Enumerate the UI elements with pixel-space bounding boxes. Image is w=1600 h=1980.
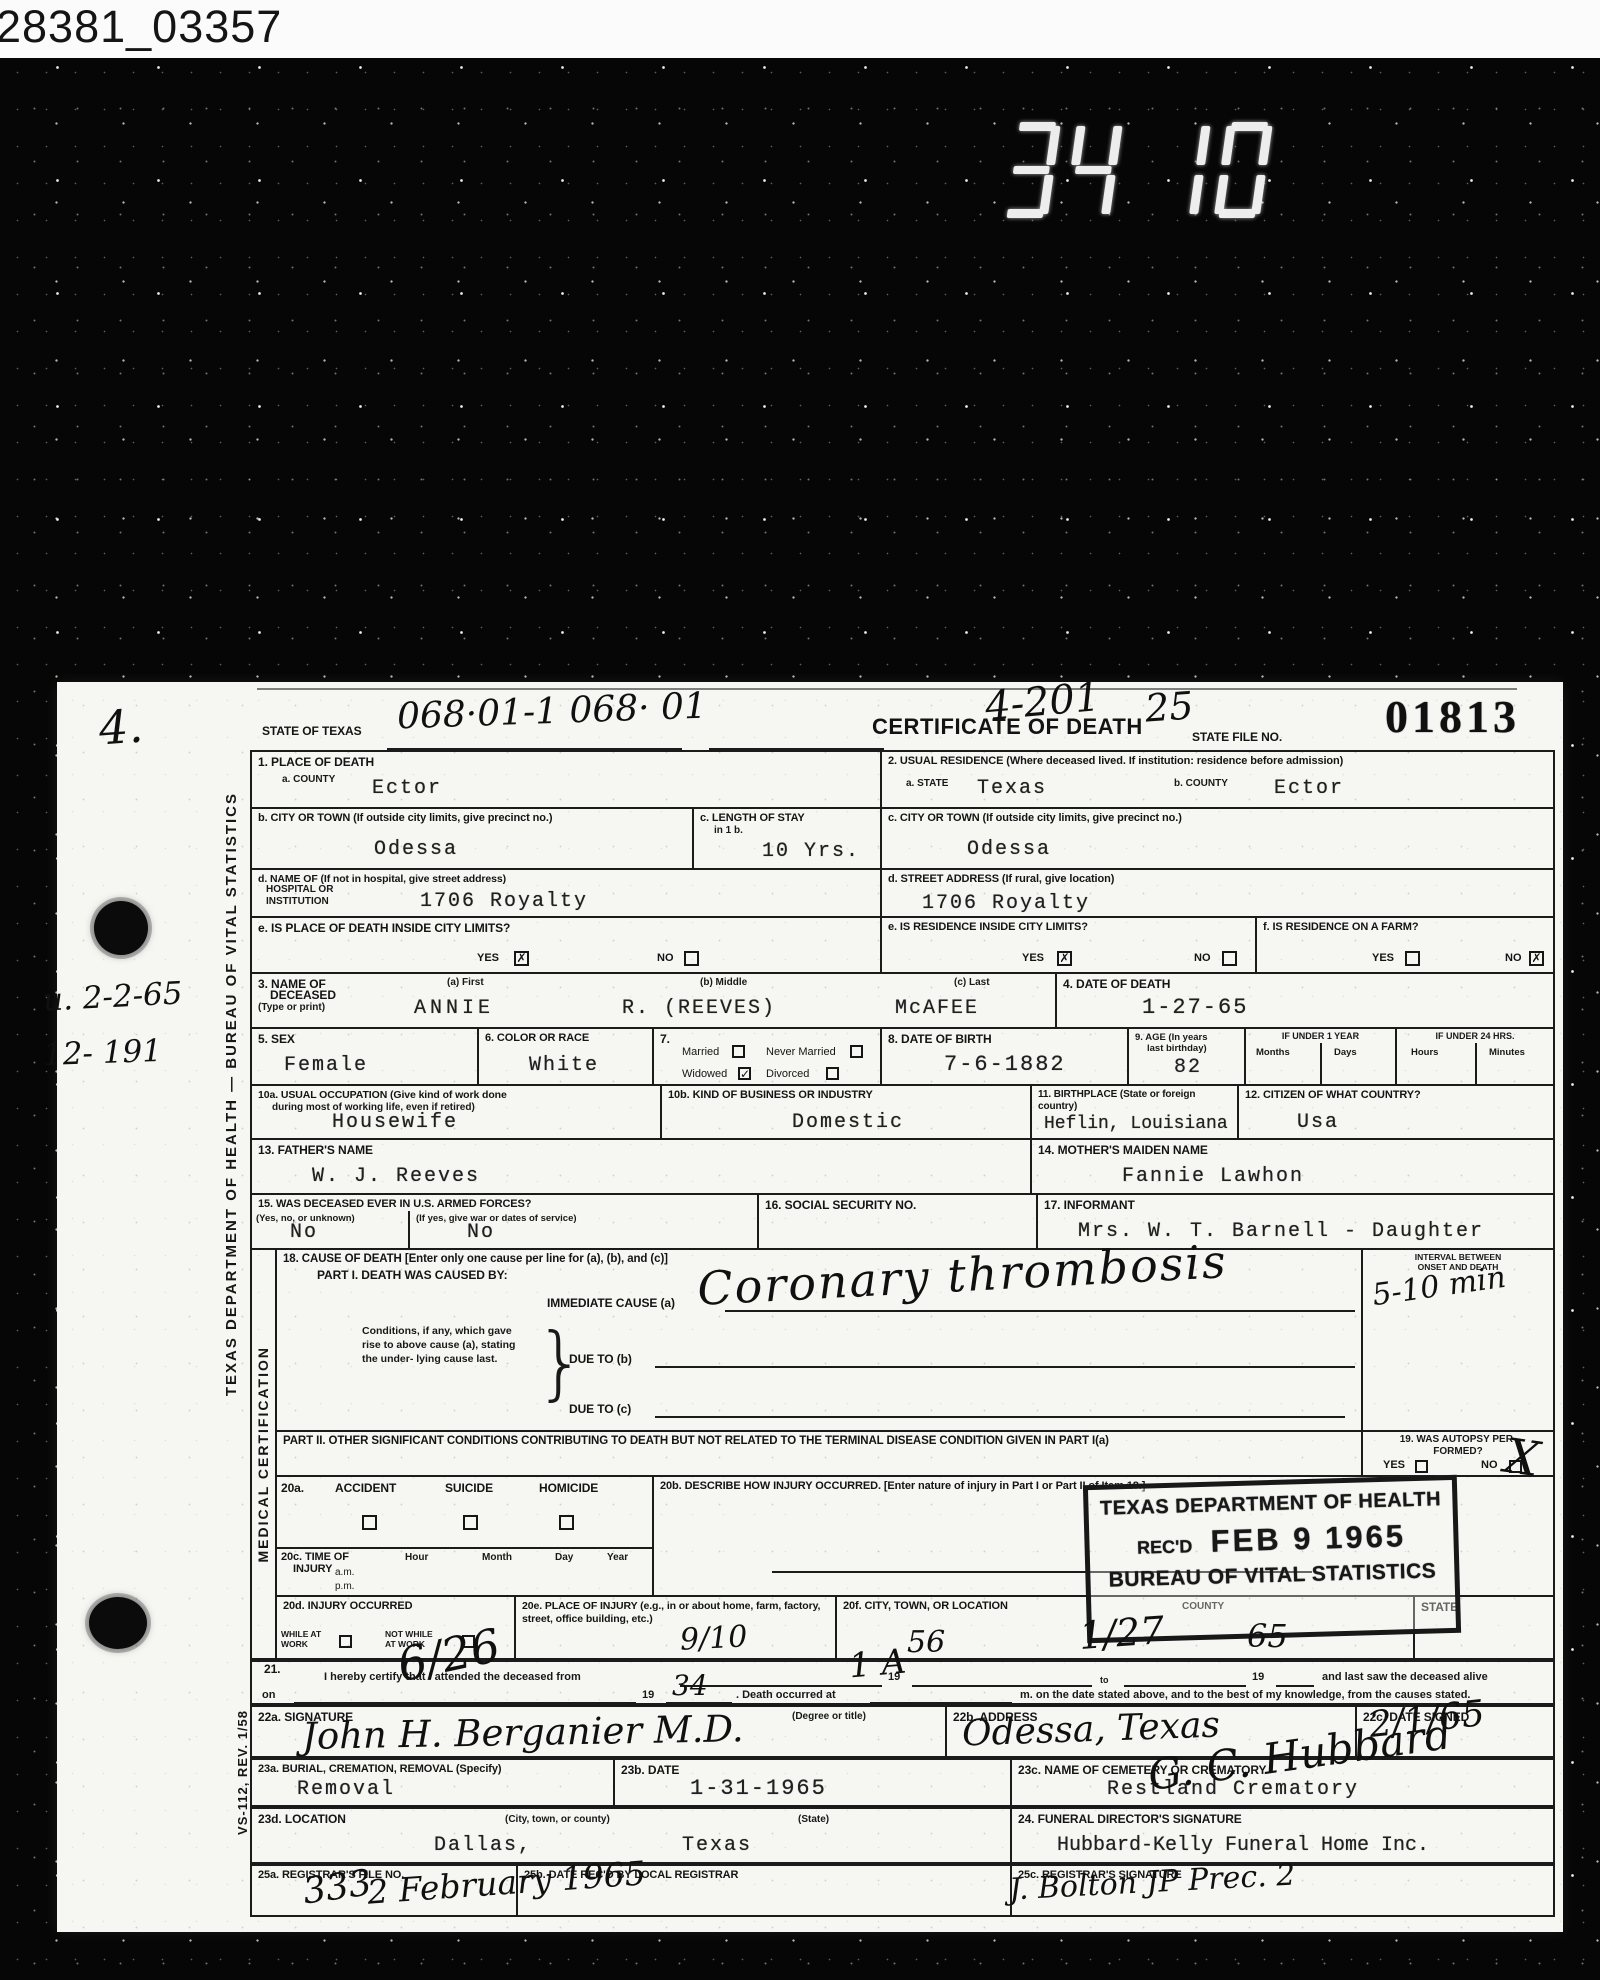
state-file-number: 01813 [1385, 690, 1520, 743]
divorced-checkbox [826, 1067, 839, 1080]
name-label-3: (Type or print) [258, 1002, 325, 1014]
21-label: 21. [264, 1662, 280, 1676]
20e-label: 20e. PLACE OF INJURY (e.g., in or about … [522, 1600, 822, 1625]
field-name-of-deceased: 3. NAME OF DECEASED (Type or print) (a) … [250, 972, 1057, 1029]
rule-line [1475, 1043, 1477, 1084]
interval-label-1: INTERVAL BETWEEN [1365, 1252, 1551, 1262]
death-occurred-label: . Death occurred at [736, 1689, 836, 1702]
length-of-stay-label: c. LENGTH OF STAY [700, 812, 874, 825]
res-county-label: b. COUNTY [1174, 778, 1228, 790]
rule-line [257, 688, 1517, 690]
homicide-checkbox [559, 1515, 574, 1530]
handwritten-file-code: 4-201 [983, 677, 1101, 727]
no-checkbox: ✗ [1529, 951, 1544, 966]
on-label: on [262, 1689, 275, 1702]
immediate-cause-label: IMMEDIATE CAUSE (a) [547, 1296, 675, 1310]
field-age: 9. AGE (In years last birthday) 82 [1127, 1027, 1246, 1086]
field-length-of-stay: c. LENGTH OF STAY in 1 b. 10 Yrs. [692, 807, 882, 870]
occupation-label-2: during most of working life, even if ret… [272, 1102, 654, 1114]
father-label: 13. FATHER'S NAME [258, 1143, 1024, 1157]
street-address-value: 1706 Royalty [922, 894, 1090, 914]
ssn-label: 16. SOCIAL SECURITY NO. [765, 1198, 1030, 1212]
stamp-recd-label: REC'D [1137, 1536, 1193, 1558]
field-hospital: d. NAME OF (If not in hospital, give str… [250, 868, 882, 918]
rule-line [1276, 1685, 1314, 1687]
yes-label: YES [1372, 953, 1394, 964]
business-value: Domestic [792, 1113, 904, 1133]
county-label: a. COUNTY [282, 774, 335, 786]
stamp-line-1: TEXAS DEPARTMENT OF HEALTH [1088, 1488, 1453, 1521]
widowed-label: Widowed [682, 1069, 727, 1080]
age-value: 82 [1174, 1058, 1202, 1078]
divorced-label: Divorced [766, 1069, 809, 1080]
rule-line [655, 1366, 1355, 1368]
handwritten-year-from: 56 [907, 1628, 945, 1658]
field-burial-date: 23b. DATE 1-31-1965 [613, 1758, 1012, 1807]
dob-value: 7-6-1882 [944, 1054, 1066, 1076]
state-file-no-label: STATE FILE NO. [1192, 730, 1282, 744]
hour-label: Hour [405, 1552, 428, 1564]
occupation-label-1: 10a. USUAL OCCUPATION (Give kind of work… [258, 1089, 654, 1102]
res-city-limits-label: e. IS RESIDENCE INSIDE CITY LIMITS? [888, 921, 1249, 934]
armed-forces-sub2: (If yes, give war or dates of service) [416, 1213, 577, 1224]
certificate-sheet: 4. u. 2-2-65 12- 191 TEXAS DEPARTMENT OF… [57, 682, 1563, 1932]
margin-note-date: u. 2-2-65 [42, 978, 183, 1016]
res-city-value: Odessa [967, 840, 1051, 860]
farm-label: f. IS RESIDENCE ON A FARM? [1263, 921, 1547, 934]
married-checkbox [732, 1045, 745, 1058]
place-of-death-label: 1. PLACE OF DEATH [258, 755, 874, 769]
hole-punch [89, 1597, 147, 1649]
age-label-1: 9. AGE (In years [1135, 1032, 1238, 1043]
under-24-hrs-label: IF UNDER 24 HRS. [1399, 1031, 1551, 1042]
armed-forces-value1: No [290, 1223, 318, 1243]
suicide-label: SUICIDE [445, 1481, 493, 1495]
burial-value: Removal [297, 1780, 395, 1800]
field-funeral-director: 24. FUNERAL DIRECTOR'S SIGNATURE Hubbard… [1010, 1807, 1555, 1864]
20c-label-2: INJURY [293, 1563, 332, 1576]
sex-value: Female [284, 1056, 368, 1076]
name-label-1: 3. NAME OF [258, 977, 1049, 991]
location-label: 23d. LOCATION [258, 1812, 346, 1826]
funeral-director-label: 24. FUNERAL DIRECTOR'S SIGNATURE [1018, 1812, 1547, 1826]
field-business-industry: 10b. KIND OF BUSINESS OR INDUSTRY Domest… [660, 1084, 1032, 1140]
field-citizen: 12. CITIZEN OF WHAT COUNTRY? Usa [1237, 1084, 1555, 1140]
field-usual-occupation: 10a. USUAL OCCUPATION (Give kind of work… [250, 1084, 662, 1140]
field-color-or-race: 6. COLOR OR RACE White [477, 1027, 654, 1086]
yes-checkbox: ✗ [514, 951, 529, 966]
hospital-label-2: HOSPITAL OR [266, 884, 333, 896]
hours-label: Hours [1411, 1047, 1438, 1058]
informant-label: 17. INFORMANT [1044, 1198, 1547, 1212]
rule-line [666, 1702, 732, 1704]
res-state-label: a. STATE [906, 778, 948, 790]
dob-label: 8. DATE OF BIRTH [888, 1032, 1121, 1046]
under-1-year-label: IF UNDER 1 YEAR [1248, 1031, 1393, 1042]
armed-forces-value2: No [467, 1223, 495, 1243]
margin-note-number: 12- 191 [42, 1036, 162, 1071]
handwritten-on-year: 34 [672, 1672, 708, 1700]
location-sub2: (State) [798, 1814, 829, 1826]
field-burial-type: 23a. BURIAL, CREMATION, REMOVAL (Specify… [250, 1758, 615, 1807]
field-res-city-or-town: c. CITY OR TOWN (If outside city limits,… [880, 807, 1555, 870]
field-mothers-maiden-name: 14. MOTHER'S MAIDEN NAME Fannie Lawhon [1030, 1138, 1555, 1195]
handwritten-attended-from: 9/10 [679, 1622, 748, 1655]
while-at-work-label-2: WORK [281, 1639, 308, 1649]
hospital-label-3: INSTITUTION [266, 896, 329, 908]
field-if-under-1-year: IF UNDER 1 YEAR Months Days [1244, 1027, 1397, 1086]
yes-checkbox [1415, 1460, 1428, 1473]
part2-label: PART II. OTHER SIGNIFICANT CONDITIONS CO… [283, 1435, 1355, 1449]
rule-line [1124, 1685, 1246, 1687]
occupation-value: Housewife [332, 1113, 458, 1133]
handwritten-autopsy-no-mark: X [1502, 1432, 1543, 1484]
yes-label: YES [1022, 953, 1044, 964]
certify-text-2: and last saw the deceased alive [1322, 1671, 1488, 1684]
rule-line [870, 1702, 1012, 1704]
physician-signature: John H. Berganier M.D. [302, 1710, 744, 1755]
burial-label: 23a. BURIAL, CREMATION, REMOVAL (Specify… [258, 1763, 607, 1776]
side-label-form-number-text: VS-112, REV. 1/58 [235, 1710, 250, 1835]
business-label: 10b. KIND OF BUSINESS OR INDUSTRY [668, 1089, 1024, 1102]
rule-line [294, 1702, 636, 1704]
handwritten-attended-to: 1/27 [1078, 1611, 1166, 1655]
age-label-2: last birthday) [1147, 1043, 1238, 1054]
field-city-or-town: b. CITY OR TOWN (If outside city limits,… [250, 807, 694, 870]
location-city-value: Dallas, [434, 1836, 532, 1856]
sex-label: 5. SEX [258, 1032, 471, 1046]
father-value: W. J. Reeves [312, 1167, 480, 1187]
birthplace-value: Heflin, Louisiana [1044, 1115, 1228, 1133]
res-city-label: c. CITY OR TOWN (If outside city limits,… [888, 812, 1547, 825]
field-birthplace: 11. BIRTHPLACE (State or foreign country… [1030, 1084, 1239, 1140]
date-of-death-value: 1-27-65 [1142, 997, 1248, 1019]
printed-19: 19 [642, 1689, 654, 1702]
am-label: a.m. [335, 1567, 354, 1579]
street-address-label: d. STREET ADDRESS (If rural, give locati… [888, 873, 1547, 886]
no-label: NO [657, 953, 674, 964]
length-of-stay-sublabel: in 1 b. [714, 825, 874, 837]
handwritten-year-to: 65 [1247, 1620, 1288, 1652]
scan-id: 28381_03357 [0, 4, 282, 49]
yes-checkbox [1405, 951, 1420, 966]
field-if-under-24-hrs: IF UNDER 24 HRS. Hours Minutes [1395, 1027, 1555, 1086]
funeral-director-value: Hubbard-Kelly Funeral Home Inc. [1057, 1836, 1429, 1856]
rule-line [408, 1211, 410, 1250]
month-label: Month [482, 1552, 512, 1564]
last-name-label: (c) Last [954, 977, 990, 989]
name-label-2: DECEASED [270, 988, 336, 1002]
field-part-2: PART II. OTHER SIGNIFICANT CONDITIONS CO… [275, 1430, 1363, 1477]
field-marital-status: 7. Married Never Married Widowed ✓ Divor… [652, 1027, 882, 1086]
yes-label: YES [477, 953, 499, 964]
certify-text-4: m. on the date stated above, and to the … [1020, 1689, 1470, 1702]
widowed-checkbox: ✓ [738, 1067, 751, 1080]
stamp-date: FEB 9 1965 [1210, 1518, 1406, 1558]
marital-label: 7. [660, 1032, 874, 1046]
stamp-line-2: REC'D FEB 9 1965 [1089, 1517, 1454, 1563]
first-name-label: (a) First [447, 977, 484, 989]
hospital-label: d. NAME OF (If not in hospital, give str… [258, 873, 874, 886]
seven-segment-counter [993, 122, 1281, 223]
field-time-of-injury: 20c. TIME OF INJURY Hour Month Day Year … [275, 1547, 654, 1597]
side-label-agency-text: TEXAS DEPARTMENT OF HEALTH — BUREAU OF V… [223, 792, 240, 1396]
birthplace-label: 11. BIRTHPLACE (State or foreign country… [1038, 1089, 1231, 1113]
race-value: White [529, 1056, 599, 1076]
location-sub1: (City, town, or county) [505, 1814, 610, 1826]
part1-label: PART I. DEATH WAS CAUSED BY: [317, 1268, 508, 1282]
location-state-value: Texas [682, 1836, 752, 1856]
rule-line [1320, 1043, 1322, 1084]
field-sex: 5. SEX Female [250, 1027, 479, 1086]
place-city-limits-label: e. IS PLACE OF DEATH INSIDE CITY LIMITS? [258, 921, 874, 935]
rule-line [725, 1310, 1355, 1312]
race-label: 6. COLOR OR RACE [485, 1032, 646, 1045]
field-fathers-name: 13. FATHER'S NAME W. J. Reeves [250, 1138, 1032, 1195]
field-residence-on-farm: f. IS RESIDENCE ON A FARM? YES NO ✗ [1255, 916, 1555, 974]
length-of-stay-value: 10 Yrs. [762, 842, 860, 862]
state-of-texas-label: STATE OF TEXAS [262, 724, 362, 738]
accident-label: ACCIDENT [335, 1481, 396, 1495]
never-married-label: Never Married [766, 1047, 836, 1058]
handwritten-local-codes: 068·01-1 068· 01 [396, 689, 707, 736]
months-label: Months [1256, 1047, 1290, 1058]
conditions-note: Conditions, if any, which gave rise to a… [362, 1324, 520, 1367]
side-label-agency: TEXAS DEPARTMENT OF HEALTH — BUREAU OF V… [215, 752, 247, 1437]
degree-or-title-label: (Degree or title) [792, 1711, 866, 1723]
minutes-label: Minutes [1489, 1047, 1525, 1058]
burial-date-value: 1-31-1965 [690, 1778, 827, 1800]
handwritten-death-time: 1 A [848, 1645, 908, 1684]
year-label: Year [607, 1552, 628, 1564]
first-name-value: ANNIE [414, 999, 494, 1019]
citizen-label: 12. CITIZEN OF WHAT COUNTRY? [1245, 1089, 1547, 1102]
stamp-line-3: BUREAU OF VITAL STATISTICS [1090, 1559, 1455, 1593]
field-street-address: d. STREET ADDRESS (If rural, give locati… [880, 868, 1555, 918]
field-social-security-no: 16. SOCIAL SECURITY NO. [757, 1193, 1038, 1250]
margin-item-number: 4. [97, 703, 144, 752]
middle-name-value: R. (REEVES) [622, 999, 776, 1019]
field-accident-suicide-homicide: 20a. ACCIDENT SUICIDE HOMICIDE [275, 1475, 654, 1549]
mother-value: Fannie Lawhon [1122, 1167, 1304, 1187]
scanner-header-strip: 28381_03357 [0, 0, 1600, 58]
20a-label: 20a. [281, 1481, 304, 1495]
county-value: Ector [372, 779, 442, 799]
field-place-city-limits: e. IS PLACE OF DEATH INSIDE CITY LIMITS?… [250, 916, 882, 974]
field-armed-forces: 15. WAS DECEASED EVER IN U.S. ARMED FORC… [250, 1193, 759, 1250]
hole-punch [94, 901, 148, 955]
due-to-b-label: DUE TO (b) [569, 1352, 632, 1366]
while-at-work-label-1: WHILE AT [281, 1629, 321, 1639]
scanned-page: 28381_03357 4. u. 2-2-65 12- 191 TEXAS D… [0, 0, 1600, 1980]
suicide-checkbox [463, 1515, 478, 1530]
usual-residence-label: 2. USUAL RESIDENCE (Where deceased lived… [888, 755, 1547, 768]
field-place-of-death: 1. PLACE OF DEATH a. COUNTY Ector [250, 750, 882, 809]
date-of-death-label: 4. DATE OF DEATH [1063, 977, 1547, 991]
no-label: NO [1194, 953, 1211, 964]
homicide-label: HOMICIDE [539, 1481, 598, 1495]
yes-label: YES [1383, 1460, 1405, 1471]
no-checkbox [684, 951, 699, 966]
printed-19: 19 [1252, 1671, 1264, 1684]
no-label: NO [1505, 953, 1522, 964]
field-date-of-birth: 8. DATE OF BIRTH 7-6-1882 [880, 1027, 1129, 1086]
never-married-checkbox [850, 1045, 863, 1058]
res-county-value: Ector [1274, 779, 1344, 799]
medical-certification-rail [250, 1248, 277, 1660]
no-label: NO [1481, 1460, 1498, 1471]
mother-label: 14. MOTHER'S MAIDEN NAME [1038, 1143, 1547, 1157]
married-label: Married [682, 1047, 719, 1058]
field-date-of-death: 4. DATE OF DEATH 1-27-65 [1055, 972, 1555, 1029]
last-name-value: McAFEE [895, 999, 979, 1019]
hospital-value: 1706 Royalty [420, 892, 588, 912]
yes-checkbox: ✗ [1057, 951, 1072, 966]
rule-line [655, 1416, 1345, 1418]
accident-checkbox [362, 1515, 377, 1530]
armed-forces-label: 15. WAS DECEASED EVER IN U.S. ARMED FORC… [258, 1198, 751, 1211]
city-value: Odessa [374, 840, 458, 860]
no-checkbox [1222, 951, 1237, 966]
citizen-value: Usa [1297, 1113, 1339, 1133]
registrar-file-number-handwriting: 333 [301, 1865, 374, 1910]
middle-name-label: (b) Middle [700, 977, 747, 989]
day-label: Day [555, 1552, 573, 1564]
res-state-value: Texas [977, 779, 1047, 799]
rule-line [912, 1685, 1092, 1687]
pm-label: p.m. [335, 1581, 354, 1593]
handwritten-file-code-2: 25 [1144, 686, 1195, 727]
field-res-city-limits: e. IS RESIDENCE INSIDE CITY LIMITS? YES … [880, 916, 1257, 974]
due-to-c-label: DUE TO (c) [569, 1402, 631, 1416]
to-label: to [1100, 1675, 1109, 1686]
field-usual-residence: 2. USUAL RESIDENCE (Where deceased lived… [880, 750, 1555, 809]
20d-label: 20d. INJURY OCCURRED [283, 1600, 508, 1613]
field-place-of-injury: 20e. PLACE OF INJURY (e.g., in or about … [514, 1595, 837, 1660]
while-at-work-checkbox [339, 1635, 352, 1648]
city-label: b. CITY OR TOWN (If outside city limits,… [258, 812, 686, 825]
days-label: Days [1334, 1047, 1357, 1058]
